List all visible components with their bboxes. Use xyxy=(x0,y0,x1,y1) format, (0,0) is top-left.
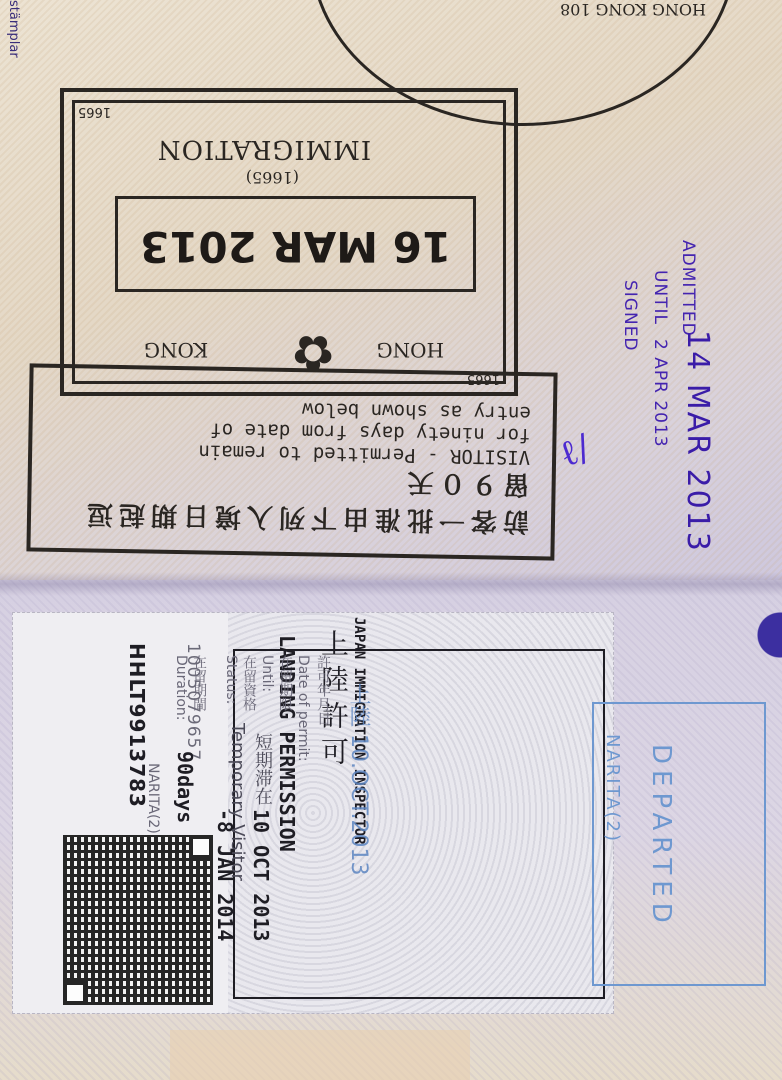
hk-place-left: HONG xyxy=(377,338,444,362)
permit-date-label-jp: 許可年月日 xyxy=(313,655,333,725)
hk-immigration-stamp: HONG KONG ✿ 16 MAR 2013 (1665) IMMIGRATI… xyxy=(60,88,518,396)
status-value-jp: 短期滞在 xyxy=(249,733,275,805)
hk-round-stamp-text: HONG KONG 108 xyxy=(560,0,706,19)
qr-code xyxy=(63,835,213,1005)
duration-label: Duration: xyxy=(173,655,189,721)
narita-departure-stamp: NARITA(2) DEPARTED xyxy=(592,702,766,986)
partial-stamp-edge xyxy=(740,595,782,675)
japan-landing-sticker: 1005079657 HHLT9913783 JAPAN IMMIGRATION… xyxy=(12,612,614,1014)
hk-stamp-code: (1665) xyxy=(246,168,299,187)
duration-value: 90days xyxy=(173,751,197,823)
hk-round-label: HONG KONG xyxy=(596,0,706,19)
narita-label: DEPARTED xyxy=(646,744,676,929)
thai-admitted-stamp: ADMITTED UNTIL 2 APR 2013 SIGNED xyxy=(565,150,755,580)
permit-date-label: Date of permit: xyxy=(295,655,311,762)
hk-corner-number-2: 1665 xyxy=(78,104,111,119)
hk-round-code: 108 xyxy=(560,0,591,19)
status-label: Status: xyxy=(223,655,239,704)
visitor-chinese: 訪客一批准由下列入境日期起逗留９０天 xyxy=(51,460,530,542)
narita-port: NARITA(2) xyxy=(602,734,623,843)
until-label: Until: xyxy=(259,655,275,692)
visitor-text: 訪客一批准由下列入境日期起逗留９０天 VISITOR - Permitted t… xyxy=(51,394,531,542)
port-value: NARITA(2) xyxy=(145,763,161,834)
status-value: Temporary Visitor xyxy=(227,723,248,881)
thai-until-date: 2 APR 2013 xyxy=(650,339,670,448)
page-edge-strip xyxy=(170,1030,470,1080)
thai-signed-label: SIGNED xyxy=(617,280,643,352)
duration-label-jp: 在留期間 xyxy=(189,655,209,711)
hk-authority: IMMIGRATION xyxy=(104,134,424,164)
thai-until-text: UNTIL xyxy=(650,270,670,325)
thai-admitted-label: ADMITTED xyxy=(675,240,701,337)
hk-entry-date: 16 MAR 2013 xyxy=(118,222,473,271)
thai-entry-date: 14 MAR 2013 xyxy=(680,330,715,553)
landing-overlay-stamp: 上陸 10.OCT.2013 xyxy=(343,683,374,875)
hk-place-right: KONG xyxy=(144,338,208,362)
status-label-jp: 在留資格 xyxy=(239,655,259,711)
hk-date-box: 16 MAR 2013 xyxy=(115,196,476,292)
permit-date-value: 10 OCT 2013 xyxy=(249,809,273,941)
hk-visitor-stamp: 訪客一批准由下列入境日期起逗留９０天 VISITOR - Permitted t… xyxy=(26,363,557,560)
until-label-jp: 在留期限 xyxy=(275,655,295,711)
margin-word: stämplar xyxy=(6,0,21,58)
thai-until-label: UNTIL 2 APR 2013 xyxy=(647,270,673,448)
